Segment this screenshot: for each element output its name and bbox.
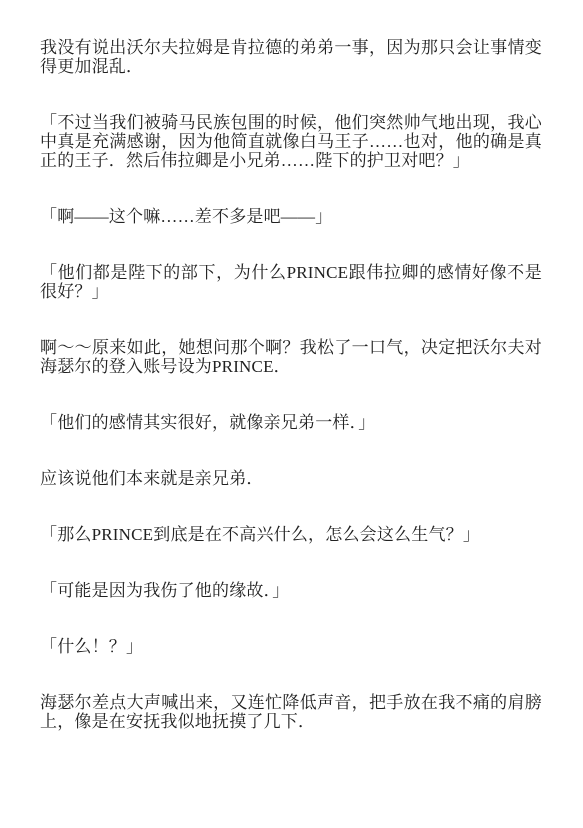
paragraph: 「那么PRINCE到底是在不高兴什么，怎么会这么生气？」: [40, 525, 542, 544]
paragraph: 「啊——这个嘛……差不多是吧——」: [40, 207, 542, 226]
paragraph: 我没有说出沃尔夫拉姆是肯拉德的弟弟一事，因为那只会让事情变得更加混乱．: [40, 38, 542, 76]
paragraph: 「什么！？」: [40, 637, 542, 656]
paragraph: 「他们的感情其实很好，就像亲兄弟一样．」: [40, 413, 542, 432]
paragraph: 「可能是因为我伤了他的缘故．」: [40, 581, 542, 600]
paragraph: 啊～～原来如此，她想问那个啊？我松了一口气，决定把沃尔夫对海瑟尔的登入账号设为P…: [40, 338, 542, 376]
paragraph: 海瑟尔差点大声喊出来，又连忙降低声音，把手放在我不痛的肩膀上，像是在安抚我似地抚…: [40, 693, 542, 731]
ebook-page: 我没有说出沃尔夫拉姆是肯拉德的弟弟一事，因为那只会让事情变得更加混乱． 「不过当…: [0, 0, 583, 828]
paragraph: 「他们都是陛下的部下，为什么PRINCE跟伟拉卿的感情好像不是很好？」: [40, 263, 542, 301]
paragraph: 「不过当我们被骑马民族包围的时候，他们突然帅气地出现，我心中真是充满感谢，因为他…: [40, 113, 542, 170]
paragraph: 应该说他们本来就是亲兄弟．: [40, 469, 542, 488]
text-column: 我没有说出沃尔夫拉姆是肯拉德的弟弟一事，因为那只会让事情变得更加混乱． 「不过当…: [40, 38, 542, 731]
